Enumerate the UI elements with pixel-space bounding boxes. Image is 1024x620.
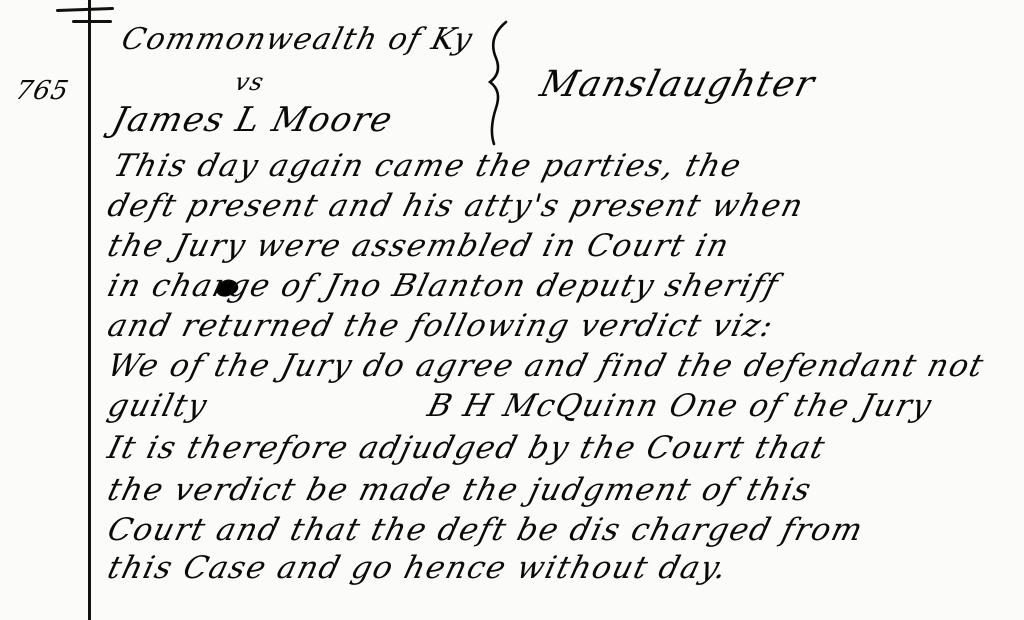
margin-cross-mark: [56, 7, 114, 12]
body-line: It is therefore adjudged by the Court th…: [104, 430, 1024, 466]
court-record-page: 765 Commonwealth of Ky vs James L Moore …: [0, 0, 1024, 620]
body-line: this Case and go hence without day.: [104, 550, 1024, 586]
body-line: We of the Jury do agree and find the def…: [104, 348, 1024, 384]
verdict-word: guilty: [104, 388, 212, 424]
caption-defendant: James L Moore: [108, 100, 398, 140]
body-line: Court and that the deft be dis charged f…: [104, 512, 1024, 548]
body-line: the verdict be made the judgment of this: [104, 472, 1024, 508]
caption-versus: vs: [232, 68, 268, 96]
body-line: This day again came the parties, the: [110, 148, 1024, 184]
body-line: in charge of Jno Blanton deputy sheriff: [104, 268, 1024, 304]
left-margin-rule: [88, 0, 91, 620]
caption-plaintiff: Commonwealth of Ky: [118, 22, 477, 57]
margin-cross-mark-lower: [72, 20, 112, 23]
caption-charge: Manslaughter: [536, 64, 820, 105]
verdict-line: guilty B H McQuinn One of the Jury: [104, 388, 1024, 424]
caption-brace-icon: [484, 18, 514, 148]
entry-number: 765: [13, 76, 72, 106]
body-line: and returned the following verdict viz:: [104, 308, 1024, 344]
body-line: deft present and his atty's present when: [104, 188, 1024, 224]
jury-foreman-signature: B H McQuinn One of the Jury: [424, 388, 936, 424]
body-line: the Jury were assembled in Court in: [104, 228, 1024, 264]
